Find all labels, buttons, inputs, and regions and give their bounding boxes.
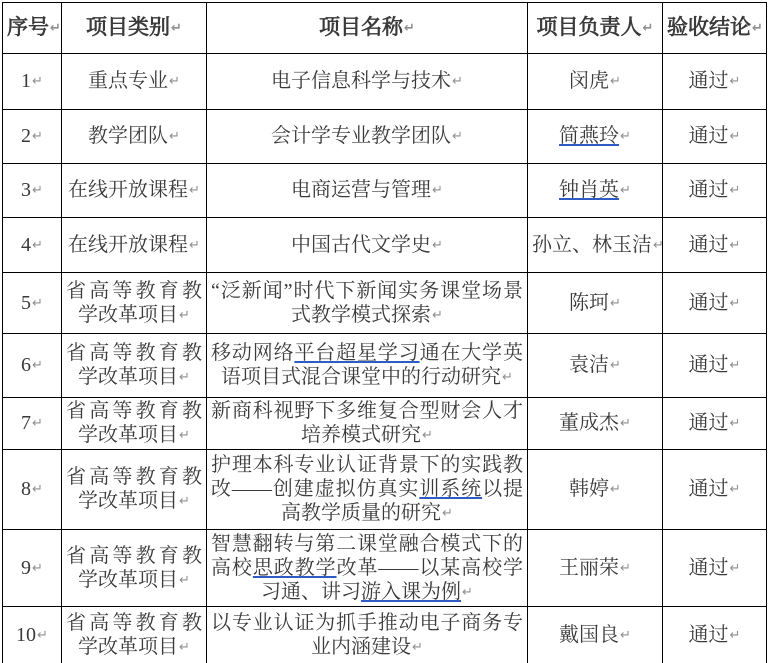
text-run: 新商科视野下多维复合型财会人才培养模式研究 — [211, 400, 523, 446]
paragraph-end-mark-icon: ↵ — [32, 296, 43, 311]
text-run: 电子信息科学与技术 — [271, 70, 451, 92]
text-run: 3 — [21, 179, 31, 201]
cell-category: 省高等教育教学改革项目↵ — [62, 607, 207, 663]
project-acceptance-table: 序号↵项目类别↵项目名称↵项目负责人↵验收结论↵ 1↵重点专业↵电子信息科学与技… — [2, 2, 767, 663]
text-run: 通过 — [689, 354, 729, 376]
paragraph-end-mark-icon: ↵ — [32, 482, 43, 497]
text-run: 7 — [21, 412, 31, 434]
cell-result: 通过↵ — [663, 218, 767, 273]
text-run: 通过 — [689, 557, 729, 579]
cell-leader: 钟肖英↵ — [528, 164, 663, 218]
paragraph-end-mark-icon: ↵ — [610, 296, 621, 311]
paragraph-end-mark-icon: ↵ — [610, 358, 621, 373]
paragraph-end-mark-icon: ↵ — [179, 428, 190, 443]
paragraph-end-mark-icon: ↵ — [179, 640, 190, 655]
header-row: 序号↵项目类别↵项目名称↵项目负责人↵验收结论↵ — [3, 3, 767, 54]
cell-leader: 董成杰↵ — [528, 398, 663, 450]
underlined-text-run: 简燕玲 — [559, 125, 619, 147]
paragraph-end-mark-icon: ↵ — [730, 129, 741, 144]
cell-serial: 1↵ — [3, 54, 62, 110]
table-row: 4↵在线开放课程↵中国古代文学史↵孙立、林玉洁↵通过↵ — [3, 218, 767, 273]
cell-serial: 2↵ — [3, 110, 62, 164]
paragraph-end-mark-icon: ↵ — [32, 129, 43, 144]
text-run: 通过 — [689, 234, 729, 256]
paragraph-end-mark-icon: ↵ — [730, 358, 741, 373]
paragraph-end-mark-icon: ↵ — [730, 296, 741, 311]
table-row: 6↵省高等教育教学改革项目↵移动网络平台超星学习通在大学英语项目式混合课堂中的行… — [3, 334, 767, 398]
paragraph-end-mark-icon: ↵ — [432, 238, 443, 253]
paragraph-end-mark-icon: ↵ — [32, 183, 43, 198]
cell-leader: 袁洁↵ — [528, 334, 663, 398]
cell-category: 省高等教育教学改革项目↵ — [62, 334, 207, 398]
table-row: 1↵重点专业↵电子信息科学与技术↵闵虎↵通过↵ — [3, 54, 767, 110]
paragraph-end-mark-icon: ↵ — [730, 183, 741, 198]
cell-project-name: 智慧翻转与第二课堂融合模式下的高校思政教学改革——以某高校学习通、讲习游入课为例… — [207, 530, 528, 607]
paragraph-end-mark-icon: ↵ — [32, 416, 43, 431]
cell-serial: 7↵ — [3, 398, 62, 450]
cell-result: 通过↵ — [663, 334, 767, 398]
table-body: 1↵重点专业↵电子信息科学与技术↵闵虎↵通过↵2↵教学团队↵会计学专业教学团队↵… — [3, 54, 767, 663]
paragraph-end-mark-icon: ↵ — [653, 238, 663, 253]
cell-serial: 10↵ — [3, 607, 62, 663]
cell-project-name: 以专业认证为抓手推动电子商务专业内涵建设↵ — [207, 607, 528, 663]
paragraph-end-mark-icon: ↵ — [752, 21, 763, 36]
text-run: 董成杰 — [559, 412, 619, 434]
cell-leader: 简燕玲↵ — [528, 110, 663, 164]
text-run: 8 — [21, 478, 31, 500]
paragraph-end-mark-icon: ↵ — [442, 506, 453, 521]
text-run: 通过 — [689, 125, 729, 147]
paragraph-end-mark-icon: ↵ — [462, 585, 473, 600]
cell-category: 教学团队↵ — [62, 110, 207, 164]
text-run: 以专业认证为抓手推动电子商务专业内涵建设 — [211, 612, 523, 658]
cell-category: 重点专业↵ — [62, 54, 207, 110]
table-row: 8↵省高等教育教学改革项目↵护理本科专业认证背景下的实践教改——创建虚拟仿真实训… — [3, 450, 767, 530]
paragraph-end-mark-icon: ↵ — [169, 74, 180, 89]
column-header-project-name: 项目名称↵ — [207, 3, 528, 54]
underlined-text-run: 训系统 — [419, 478, 482, 500]
cell-serial: 6↵ — [3, 334, 62, 398]
paragraph-end-mark-icon: ↵ — [620, 183, 631, 198]
text-run: 移动网络 — [211, 342, 294, 364]
paragraph-end-mark-icon: ↵ — [452, 74, 463, 89]
header-label: 验收结论 — [667, 15, 751, 39]
paragraph-end-mark-icon: ↵ — [620, 416, 631, 431]
text-run: 通过 — [689, 478, 729, 500]
cell-leader: 陈珂↵ — [528, 273, 663, 334]
underlined-text-run: 平台超星学习 — [294, 342, 419, 364]
cell-project-name: 电商运营与管理↵ — [207, 164, 528, 218]
text-run: 通过 — [689, 412, 729, 434]
paragraph-end-mark-icon: ↵ — [620, 129, 631, 144]
text-run: 韩婷 — [569, 478, 609, 500]
cell-category: 省高等教育教学改革项目↵ — [62, 273, 207, 334]
text-run: 5 — [21, 292, 31, 314]
cell-result: 通过↵ — [663, 398, 767, 450]
paragraph-end-mark-icon: ↵ — [730, 561, 741, 576]
table-row: 9↵省高等教育教学改革项目↵智慧翻转与第二课堂融合模式下的高校思政教学改革——以… — [3, 530, 767, 607]
text-run: 重点专业 — [88, 70, 168, 92]
paragraph-end-mark-icon: ↵ — [412, 640, 423, 655]
column-header-category: 项目类别↵ — [62, 3, 207, 54]
cell-project-name: 护理本科专业认证背景下的实践教改——创建虚拟仿真实训系统以提高教学质量的研究↵ — [207, 450, 528, 530]
cell-project-name: 会计学专业教学团队↵ — [207, 110, 528, 164]
text-run: 中国古代文学史 — [291, 234, 431, 256]
text-run: 在线开放课程 — [68, 234, 188, 256]
text-run: 通过 — [689, 624, 729, 646]
paragraph-end-mark-icon: ↵ — [610, 74, 621, 89]
paragraph-end-mark-icon: ↵ — [32, 74, 43, 89]
paragraph-end-mark-icon: ↵ — [50, 21, 61, 36]
paragraph-end-mark-icon: ↵ — [189, 238, 200, 253]
cell-category: 省高等教育教学改革项目↵ — [62, 398, 207, 450]
cell-category: 在线开放课程↵ — [62, 164, 207, 218]
header-label: 项目类别 — [86, 15, 170, 39]
cell-serial: 3↵ — [3, 164, 62, 218]
text-run: 2 — [21, 125, 31, 147]
text-run: 4 — [21, 234, 31, 256]
paragraph-end-mark-icon: ↵ — [432, 308, 443, 323]
column-header-leader: 项目负责人↵ — [528, 3, 663, 54]
cell-leader: 闵虎↵ — [528, 54, 663, 110]
cell-serial: 5↵ — [3, 273, 62, 334]
table-row: 2↵教学团队↵会计学专业教学团队↵简燕玲↵通过↵ — [3, 110, 767, 164]
text-run: 在线开放课程 — [68, 179, 188, 201]
paragraph-end-mark-icon: ↵ — [32, 561, 43, 576]
paragraph-end-mark-icon: ↵ — [432, 183, 443, 198]
table-row: 3↵在线开放课程↵电商运营与管理↵钟肖英↵通过↵ — [3, 164, 767, 218]
cell-result: 通过↵ — [663, 530, 767, 607]
underlined-text-run: 钟肖英 — [559, 179, 619, 201]
cell-category: 省高等教育教学改革项目↵ — [62, 530, 207, 607]
paragraph-end-mark-icon: ↵ — [643, 21, 654, 36]
paragraph-end-mark-icon: ↵ — [179, 573, 190, 588]
underlined-text-run: 游入课为例 — [361, 581, 461, 603]
table-row: 10↵省高等教育教学改革项目↵以专业认证为抓手推动电子商务专业内涵建设↵戴国良↵… — [3, 607, 767, 663]
cell-result: 通过↵ — [663, 110, 767, 164]
cell-serial: 9↵ — [3, 530, 62, 607]
cell-result: 通过↵ — [663, 54, 767, 110]
text-run: “泛新闻”时代下新闻实务课堂场景式教学模式探索 — [211, 280, 523, 326]
document-page: 序号↵项目类别↵项目名称↵项目负责人↵验收结论↵ 1↵重点专业↵电子信息科学与技… — [0, 0, 769, 663]
cell-project-name: 电子信息科学与技术↵ — [207, 54, 528, 110]
paragraph-end-mark-icon: ↵ — [189, 183, 200, 198]
cell-result: 通过↵ — [663, 450, 767, 530]
cell-leader: 王丽荣↵ — [528, 530, 663, 607]
paragraph-end-mark-icon: ↵ — [32, 358, 43, 373]
text-run: 通过 — [689, 179, 729, 201]
cell-result: 通过↵ — [663, 607, 767, 663]
paragraph-end-mark-icon: ↵ — [169, 129, 180, 144]
paragraph-end-mark-icon: ↵ — [179, 494, 190, 509]
paragraph-end-mark-icon: ↵ — [730, 74, 741, 89]
text-run: 10 — [16, 624, 36, 646]
paragraph-end-mark-icon: ↵ — [37, 628, 48, 643]
underlined-text-run: 思政教学 — [253, 557, 337, 579]
cell-project-name: 移动网络平台超星学习通在大学英语项目式混合课堂中的行动研究↵ — [207, 334, 528, 398]
cell-leader: 戴国良↵ — [528, 607, 663, 663]
paragraph-end-mark-icon: ↵ — [179, 308, 190, 323]
paragraph-end-mark-icon: ↵ — [404, 21, 415, 36]
text-run: 会计学专业教学团队 — [271, 125, 451, 147]
text-run: 教学团队 — [88, 125, 168, 147]
cell-leader: 韩婷↵ — [528, 450, 663, 530]
text-run: 袁洁 — [569, 354, 609, 376]
paragraph-end-mark-icon: ↵ — [32, 238, 43, 253]
cell-category: 在线开放课程↵ — [62, 218, 207, 273]
cell-project-name: “泛新闻”时代下新闻实务课堂场景式教学模式探索↵ — [207, 273, 528, 334]
paragraph-end-mark-icon: ↵ — [610, 482, 621, 497]
cell-serial: 8↵ — [3, 450, 62, 530]
cell-result: 通过↵ — [663, 273, 767, 334]
header-label: 序号 — [7, 15, 49, 39]
column-header-serial: 序号↵ — [3, 3, 62, 54]
text-run: 王丽荣 — [559, 557, 619, 579]
header-label: 项目名称 — [319, 15, 403, 39]
paragraph-end-mark-icon: ↵ — [620, 561, 631, 576]
paragraph-end-mark-icon: ↵ — [422, 428, 433, 443]
text-run: 陈珂 — [569, 292, 609, 314]
text-run: 闵虎 — [569, 70, 609, 92]
cell-project-name: 中国古代文学史↵ — [207, 218, 528, 273]
paragraph-end-mark-icon: ↵ — [179, 370, 190, 385]
text-run: 通过 — [689, 292, 729, 314]
text-run: 9 — [21, 557, 31, 579]
paragraph-end-mark-icon: ↵ — [730, 416, 741, 431]
cell-project-name: 新商科视野下多维复合型财会人才培养模式研究↵ — [207, 398, 528, 450]
text-run: 通过 — [689, 70, 729, 92]
text-run: 戴国良 — [559, 624, 619, 646]
table-row: 5↵省高等教育教学改革项目↵“泛新闻”时代下新闻实务课堂场景式教学模式探索↵陈珂… — [3, 273, 767, 334]
column-header-result: 验收结论↵ — [663, 3, 767, 54]
paragraph-end-mark-icon: ↵ — [502, 370, 513, 385]
cell-category: 省高等教育教学改革项目↵ — [62, 450, 207, 530]
text-run: 电商运营与管理 — [291, 179, 431, 201]
paragraph-end-mark-icon: ↵ — [730, 238, 741, 253]
text-run: 6 — [21, 354, 31, 376]
text-run: 孙立、林玉洁 — [532, 234, 652, 256]
paragraph-end-mark-icon: ↵ — [730, 628, 741, 643]
header-label: 项目负责人 — [537, 15, 642, 39]
paragraph-end-mark-icon: ↵ — [620, 628, 631, 643]
cell-result: 通过↵ — [663, 164, 767, 218]
table-row: 7↵省高等教育教学改革项目↵新商科视野下多维复合型财会人才培养模式研究↵董成杰↵… — [3, 398, 767, 450]
paragraph-end-mark-icon: ↵ — [730, 482, 741, 497]
paragraph-end-mark-icon: ↵ — [452, 129, 463, 144]
paragraph-end-mark-icon: ↵ — [171, 21, 182, 36]
text-run: 1 — [21, 70, 31, 92]
cell-leader: 孙立、林玉洁↵ — [528, 218, 663, 273]
cell-serial: 4↵ — [3, 218, 62, 273]
